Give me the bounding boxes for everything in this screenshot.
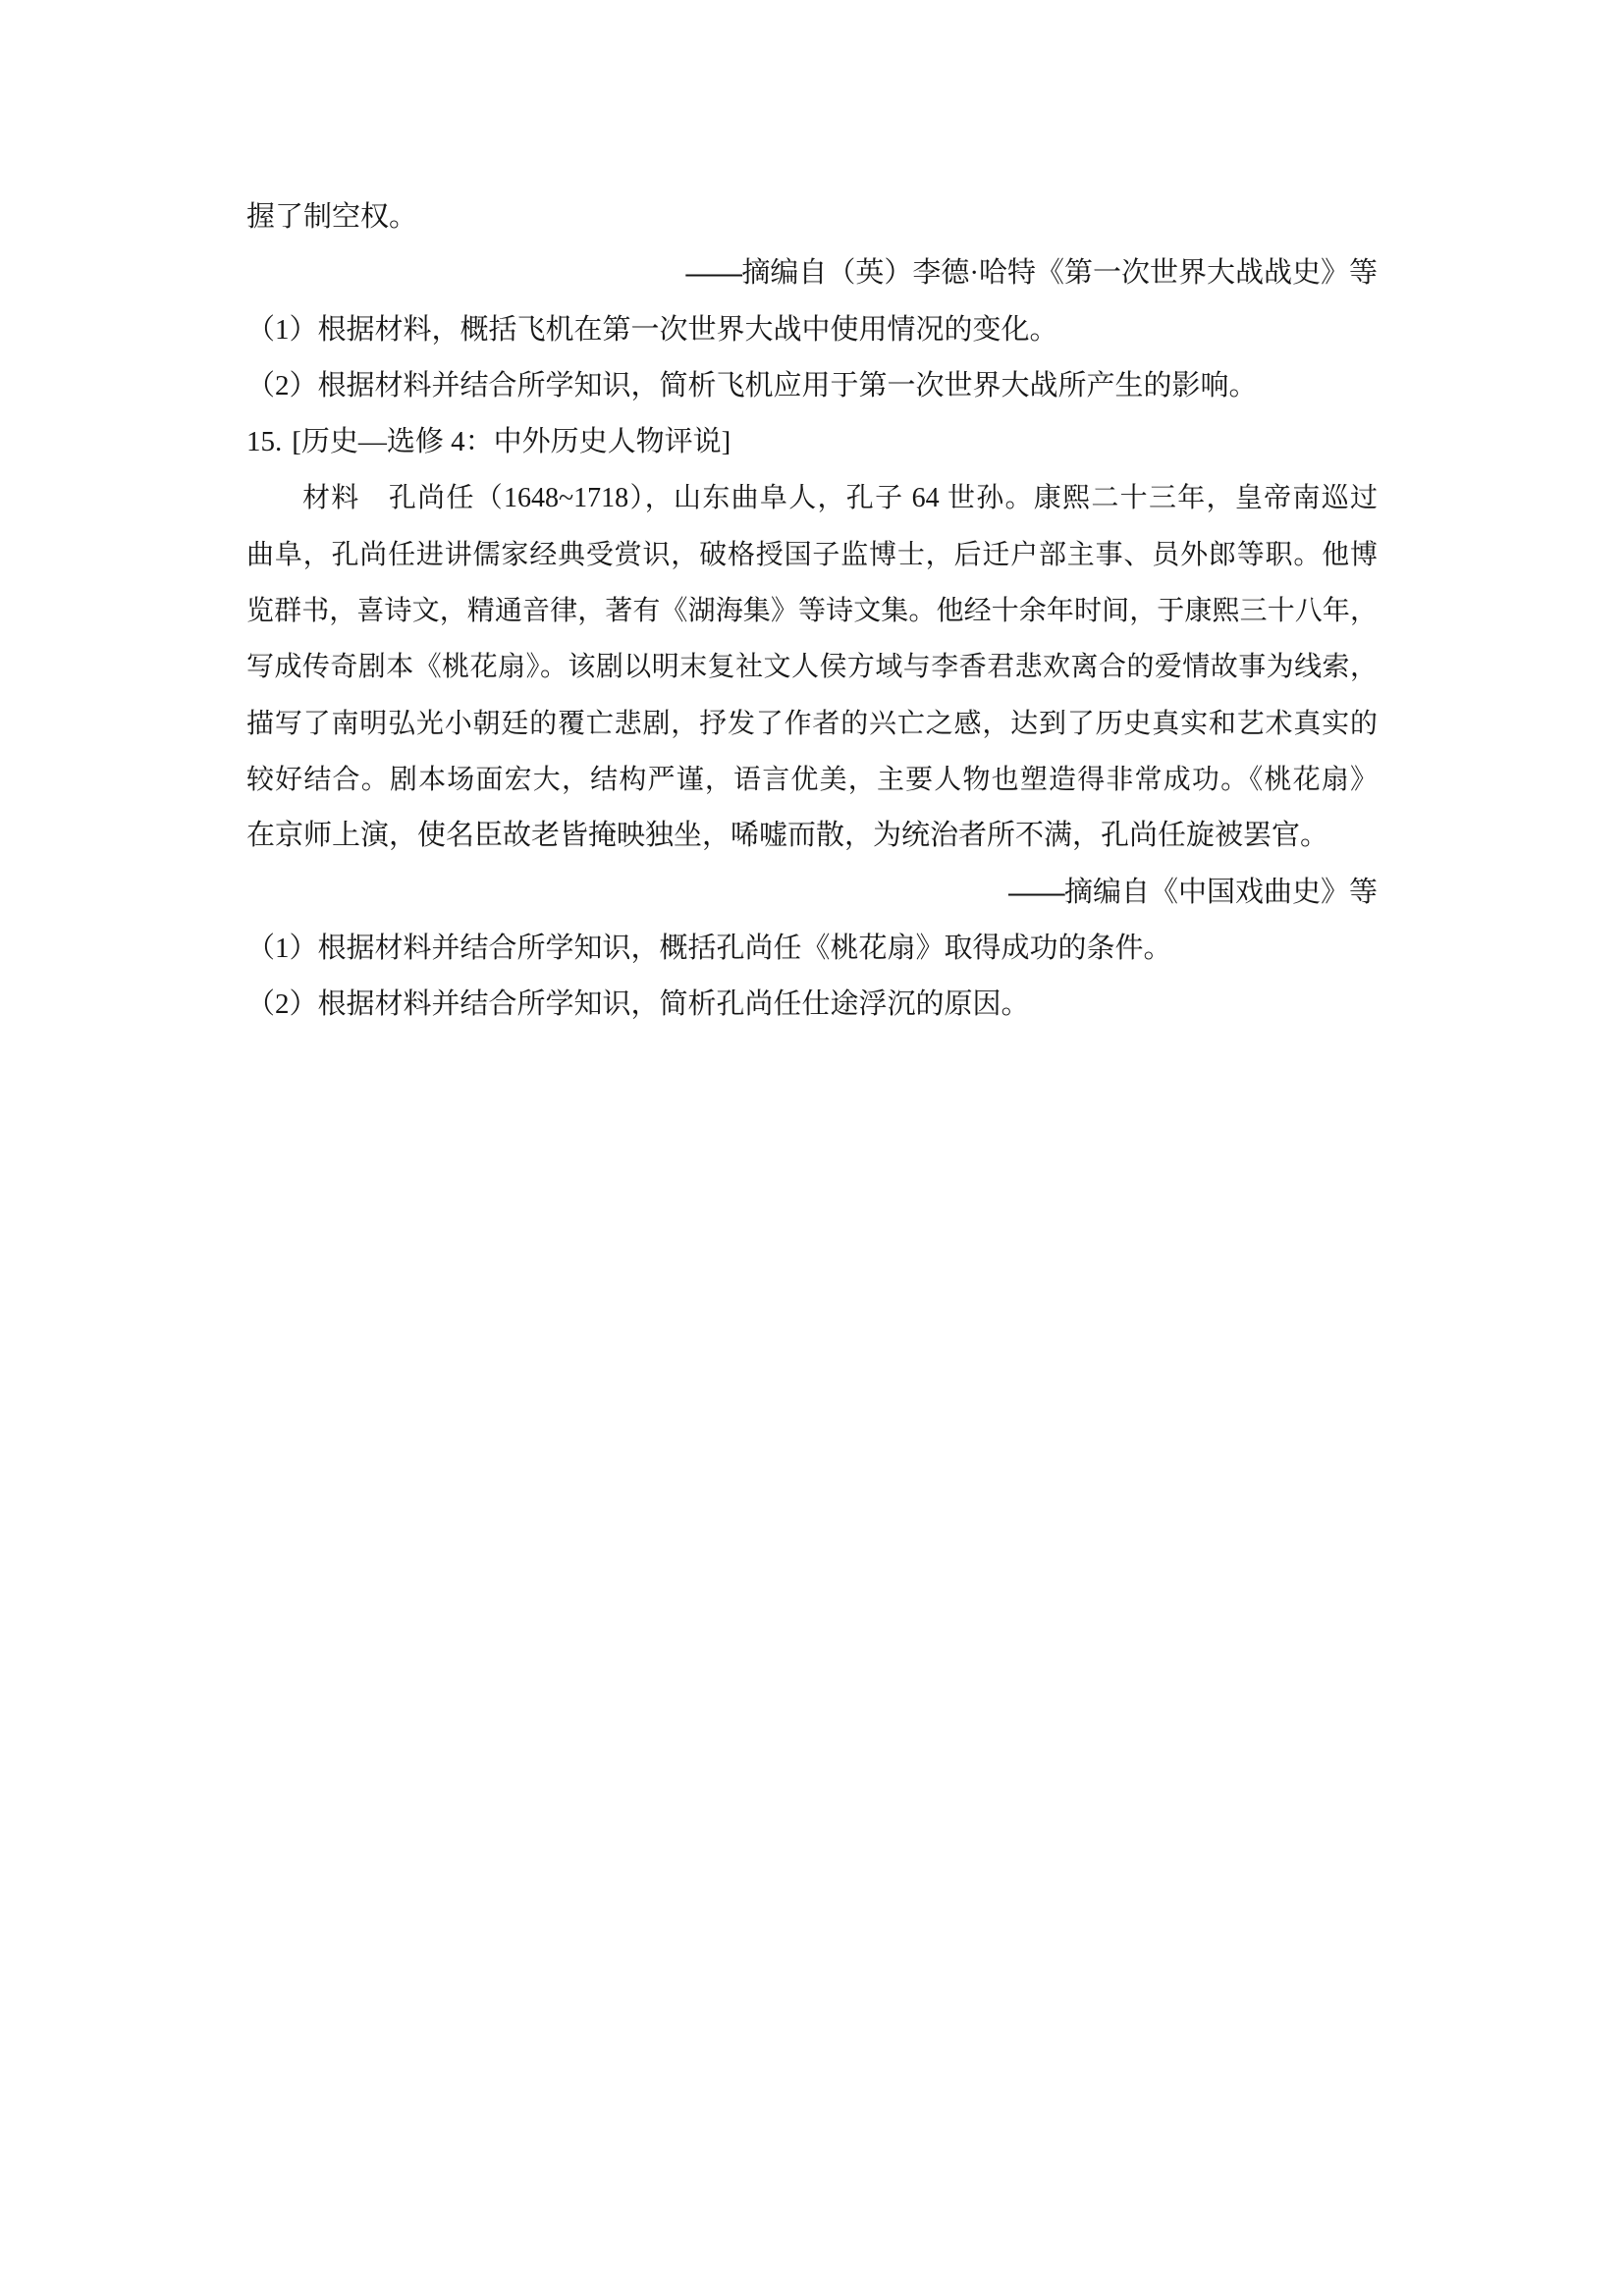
q14-source-line: ——摘编自（英）李德·哈特《第一次世界大战战史》等 [246, 245, 1378, 301]
q15-source-text: 摘编自《中国戏曲史》等 [1064, 877, 1378, 908]
q14-question-2: （2）根据材料并结合所学知识，简析飞机应用于第一次世界大战所产生的影响。 [246, 358, 1378, 414]
q14-material-continuation-line: 握了制空权。 [246, 189, 1378, 245]
q15-material-line: 写成传奇剧本《桃花扇》。该剧以明末复社文人侯方域与李香君悲欢离合的爱情故事为线索… [246, 639, 1378, 695]
exam-content: 握了制空权。 ——摘编自（英）李德·哈特《第一次世界大战战史》等 （1）根据材料… [246, 189, 1378, 1033]
q15-question-1: （1）根据材料并结合所学知识，概括孔尚任《桃花扇》取得成功的条件。 [246, 921, 1378, 977]
document-page: 握了制空权。 ——摘编自（英）李德·哈特《第一次世界大战战史》等 （1）根据材料… [0, 0, 1624, 2296]
em-dash: —— [1008, 877, 1064, 908]
em-dash: —— [685, 257, 741, 289]
q15-material-line: 较好结合。剧本场面宏大，结构严谨，语言优美，主要人物也塑造得非常成功。《桃花扇》 [246, 752, 1378, 808]
q14-source-text: 摘编自（英）李德·哈特《第一次世界大战战史》等 [741, 257, 1378, 289]
q15-heading-text: [历史—选修 4：中外历史人物评说] [292, 426, 731, 457]
q15-heading: 15.[历史—选修 4：中外历史人物评说] [246, 414, 1378, 470]
q15-material-line: 在京师上演，使名臣故老皆掩映独坐，唏嘘而散，为统治者所不满，孔尚任旋被罢官。 [246, 808, 1378, 864]
q15-source-line: ——摘编自《中国戏曲史》等 [246, 865, 1378, 921]
q15-material-line: 描写了南明弘光小朝廷的覆亡悲剧，抒发了作者的兴亡之感，达到了历史真实和艺术真实的 [246, 696, 1378, 752]
q15-question-2: （2）根据材料并结合所学知识，简析孔尚任仕途浮沉的原因。 [246, 977, 1378, 1033]
q15-material-line: 材料 孔尚任（1648~1718），山东曲阜人，孔子 64 世孙。康熙二十三年，… [246, 470, 1378, 526]
q15-number: 15. [246, 426, 282, 457]
q15-material-line: 曲阜，孔尚任进讲儒家经典受赏识，破格授国子监博士，后迁户部主事、员外郎等职。他博 [246, 527, 1378, 583]
q14-question-1: （1）根据材料，概括飞机在第一次世界大战中使用情况的变化。 [246, 302, 1378, 358]
q15-material-line: 览群书，喜诗文，精通音律，著有《湖海集》等诗文集。他经十余年时间，于康熙三十八年… [246, 583, 1378, 639]
